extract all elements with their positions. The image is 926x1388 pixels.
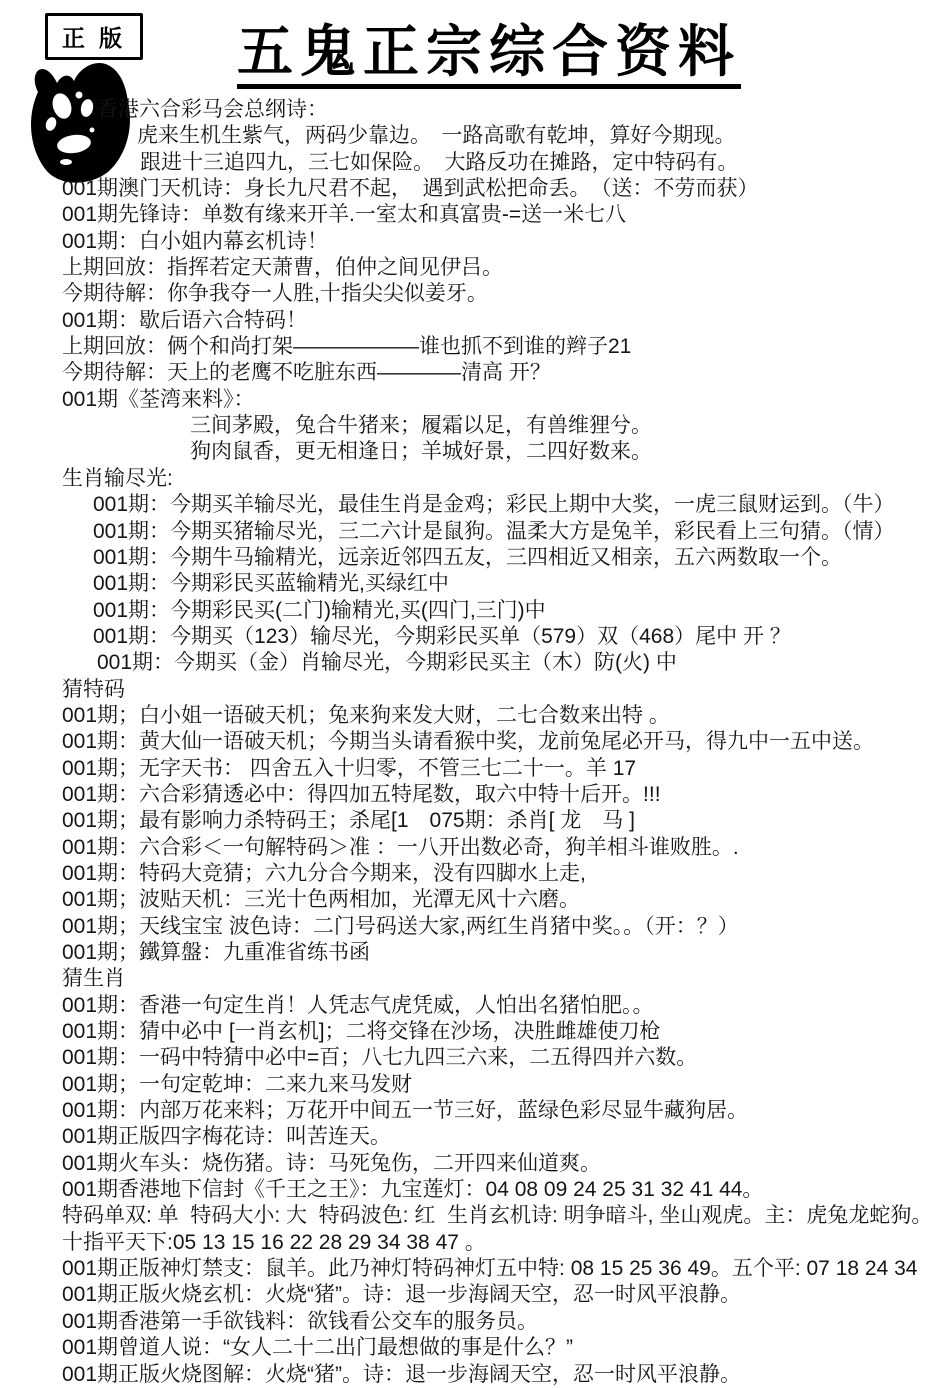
doc-line: 狗肉鼠香，更无相逢日；羊城好景，二四好数来。 <box>190 439 926 465</box>
doc-line: 十指平天下:05 13 15 16 22 28 29 34 38 47 。 <box>62 1230 926 1256</box>
doc-line: 001期正版火烧玄机：火烧“猪”。诗：退一步海阔天空，忍一时风平浪静。 <box>62 1282 926 1308</box>
doc-line: 001期：今期彩民买蓝输精光,买绿红中 <box>93 571 926 597</box>
doc-line: 001期澳门天机诗：身长九尺君不起， 遇到武松把命丢。 （送：不劳而获） <box>62 176 926 202</box>
doc-line: 001期：特码大竞猜；六九分合今期来，没有四脚水上走, <box>62 861 926 887</box>
doc-line: 001期：白小姐内幕玄机诗！ <box>62 229 926 255</box>
doc-line: 生肖输尽光: <box>62 466 926 492</box>
doc-line: 001期：一码中特猜中必中=百；八七九四三六来，二五得四并六数。 <box>62 1045 926 1071</box>
doc-line: 上期回放：俩个和尚打架——————谁也抓不到谁的辫子21 <box>62 334 926 360</box>
doc-line: 001期香港地下信封《千王之王》：九宝莲灯：04 08 09 24 25 31 … <box>62 1177 926 1203</box>
doc-line: 今期待解：天上的老鹰不吃脏东西————清高 开？ <box>62 360 926 386</box>
doc-line: 001期正版神灯禁支：鼠羊。此乃神灯特码神灯五中特: 08 15 25 36 4… <box>62 1256 926 1282</box>
doc-line: 001期：猜中必中 [一肖玄机]；二将交锋在沙场，决胜雌雄使刀枪 <box>62 1019 926 1045</box>
doc-line: 001期：六合彩＜一句解特码＞准 ：一八开出数必奇，狗羊相斗谁败胜。. <box>62 835 926 861</box>
doc-line: 猜特码 <box>62 677 926 703</box>
doc-line: 001期《荃湾来料》： <box>62 387 926 413</box>
doc-line: 001期香港第一手欲钱料：欲钱看公交车的服务员。 <box>62 1309 926 1335</box>
doc-line: 虎来生机生紫气，两码少靠边。 一路高歌有乾坤，算好今期现。 <box>137 123 926 149</box>
doc-line: 001期正版火烧图解：火烧“猪”。诗：退一步海阔天空，忍一时风平浪静。 <box>62 1362 926 1388</box>
doc-line: 猜生肖 <box>62 966 926 992</box>
doc-line: 001期：黄大仙一语破天机；今期当头请看猴中奖，龙前兔尾必开马，得九中一五中送。 <box>62 729 926 755</box>
doc-line: 001期先锋诗：单数有缘来开羊.一室太和真富贵-=送一米七八 <box>62 202 926 228</box>
doc-line: 001期；天线宝宝 波色诗：二门号码送大家,两红生肖猪中奖。。（开：？） <box>62 914 926 940</box>
doc-line: 001期；最有影响力杀特码王；杀尾[1 075期：杀肖[ 龙 马 ] <box>62 808 926 834</box>
doc-line: 跟进十三追四九，三七如保险。 大路反功在摊路，定中特码有。 <box>140 150 926 176</box>
page-title: 五鬼正宗综合资料 <box>237 24 741 89</box>
doc-line: 001期；鐵算盤：九重准省练书函 <box>62 940 926 966</box>
doc-line: 今期待解：你争我夺一人胜,十指尖尖似姜牙。 <box>62 281 926 307</box>
doc-line: 香港六合彩马会总纲诗： <box>97 97 926 123</box>
doc-line: 001期；无字天书： 四舍五入十归零，不管三七二十一。羊 17 <box>62 756 926 782</box>
doc-line: 001期火车头：烧伤猪。诗：马死兔伤，二开四来仙道爽。 <box>62 1151 926 1177</box>
doc-line: 001期：今期买猪输尽光，三二六计是鼠狗。温柔大方是兔羊，彩民看上三句猜。（情） <box>93 519 926 545</box>
document-body: 香港六合彩马会总纲诗：虎来生机生紫气，两码少靠边。 一路高歌有乾坤，算好今期现。… <box>0 97 926 1388</box>
doc-line: 001期；波贴天机：三光十色两相加，光潭无风十六磨。 <box>62 887 926 913</box>
doc-line: 001期：内部万花来料；万花开中间五一节三好，蓝绿色彩尽显牛藏狗居。 <box>62 1098 926 1124</box>
doc-line: 001期；一句定乾坤：二来九来马发财 <box>62 1072 926 1098</box>
doc-line: 001期：香港一句定生肖！人凭志气虎凭威，人怕出名猪怕肥。。 <box>62 993 926 1019</box>
doc-line: 上期回放：指挥若定天萧曹，伯仲之间见伊吕。 <box>62 255 926 281</box>
doc-line: 001期：今期牛马输精光，远亲近邻四五友，三四相近又相亲，五六两数取一个。 <box>93 545 926 571</box>
doc-line: 001期：六合彩猜透必中：得四加五特尾数，取六中特十后开。!!! <box>62 782 926 808</box>
doc-line: 001期：今期买（123）输尽光，今期彩民买单（579）双（468）尾中 开 ？ <box>93 624 926 650</box>
doc-line: 001期曾道人说：“女人二十二出门最想做的事是什么？” <box>62 1335 926 1361</box>
doc-line: 001期：今期买羊输尽光，最佳生肖是金鸡；彩民上期中大奖，一虎三鼠财运到。（牛） <box>93 492 926 518</box>
doc-line: 001期：今期彩民买(二门)输精光,买(四门,三门)中 <box>93 598 926 624</box>
doc-line: 001期；白小姐一语破天机；兔来狗来发大财，二七合数来出特 。 <box>62 703 926 729</box>
doc-line: 001期：今期买（金）肖输尽光，今期彩民买主（木）防(火) 中 <box>97 650 926 676</box>
document-page: { "badge": { "label": "正版" }, "header": … <box>0 0 926 1388</box>
authenticity-badge: 正版 <box>45 13 143 60</box>
doc-line: 特码单双: 单 特码大小: 大 特码波色: 红 生肖玄机诗: 明争暗斗, 坐山观… <box>62 1203 926 1229</box>
doc-line: 001期正版四字梅花诗：叫苦连天。 <box>62 1124 926 1150</box>
doc-line: 001期：歇后语六合特码！ <box>62 308 926 334</box>
doc-line: 三间茅殿，兔合牛猪来；履霜以足，有兽维狸兮。 <box>190 413 926 439</box>
